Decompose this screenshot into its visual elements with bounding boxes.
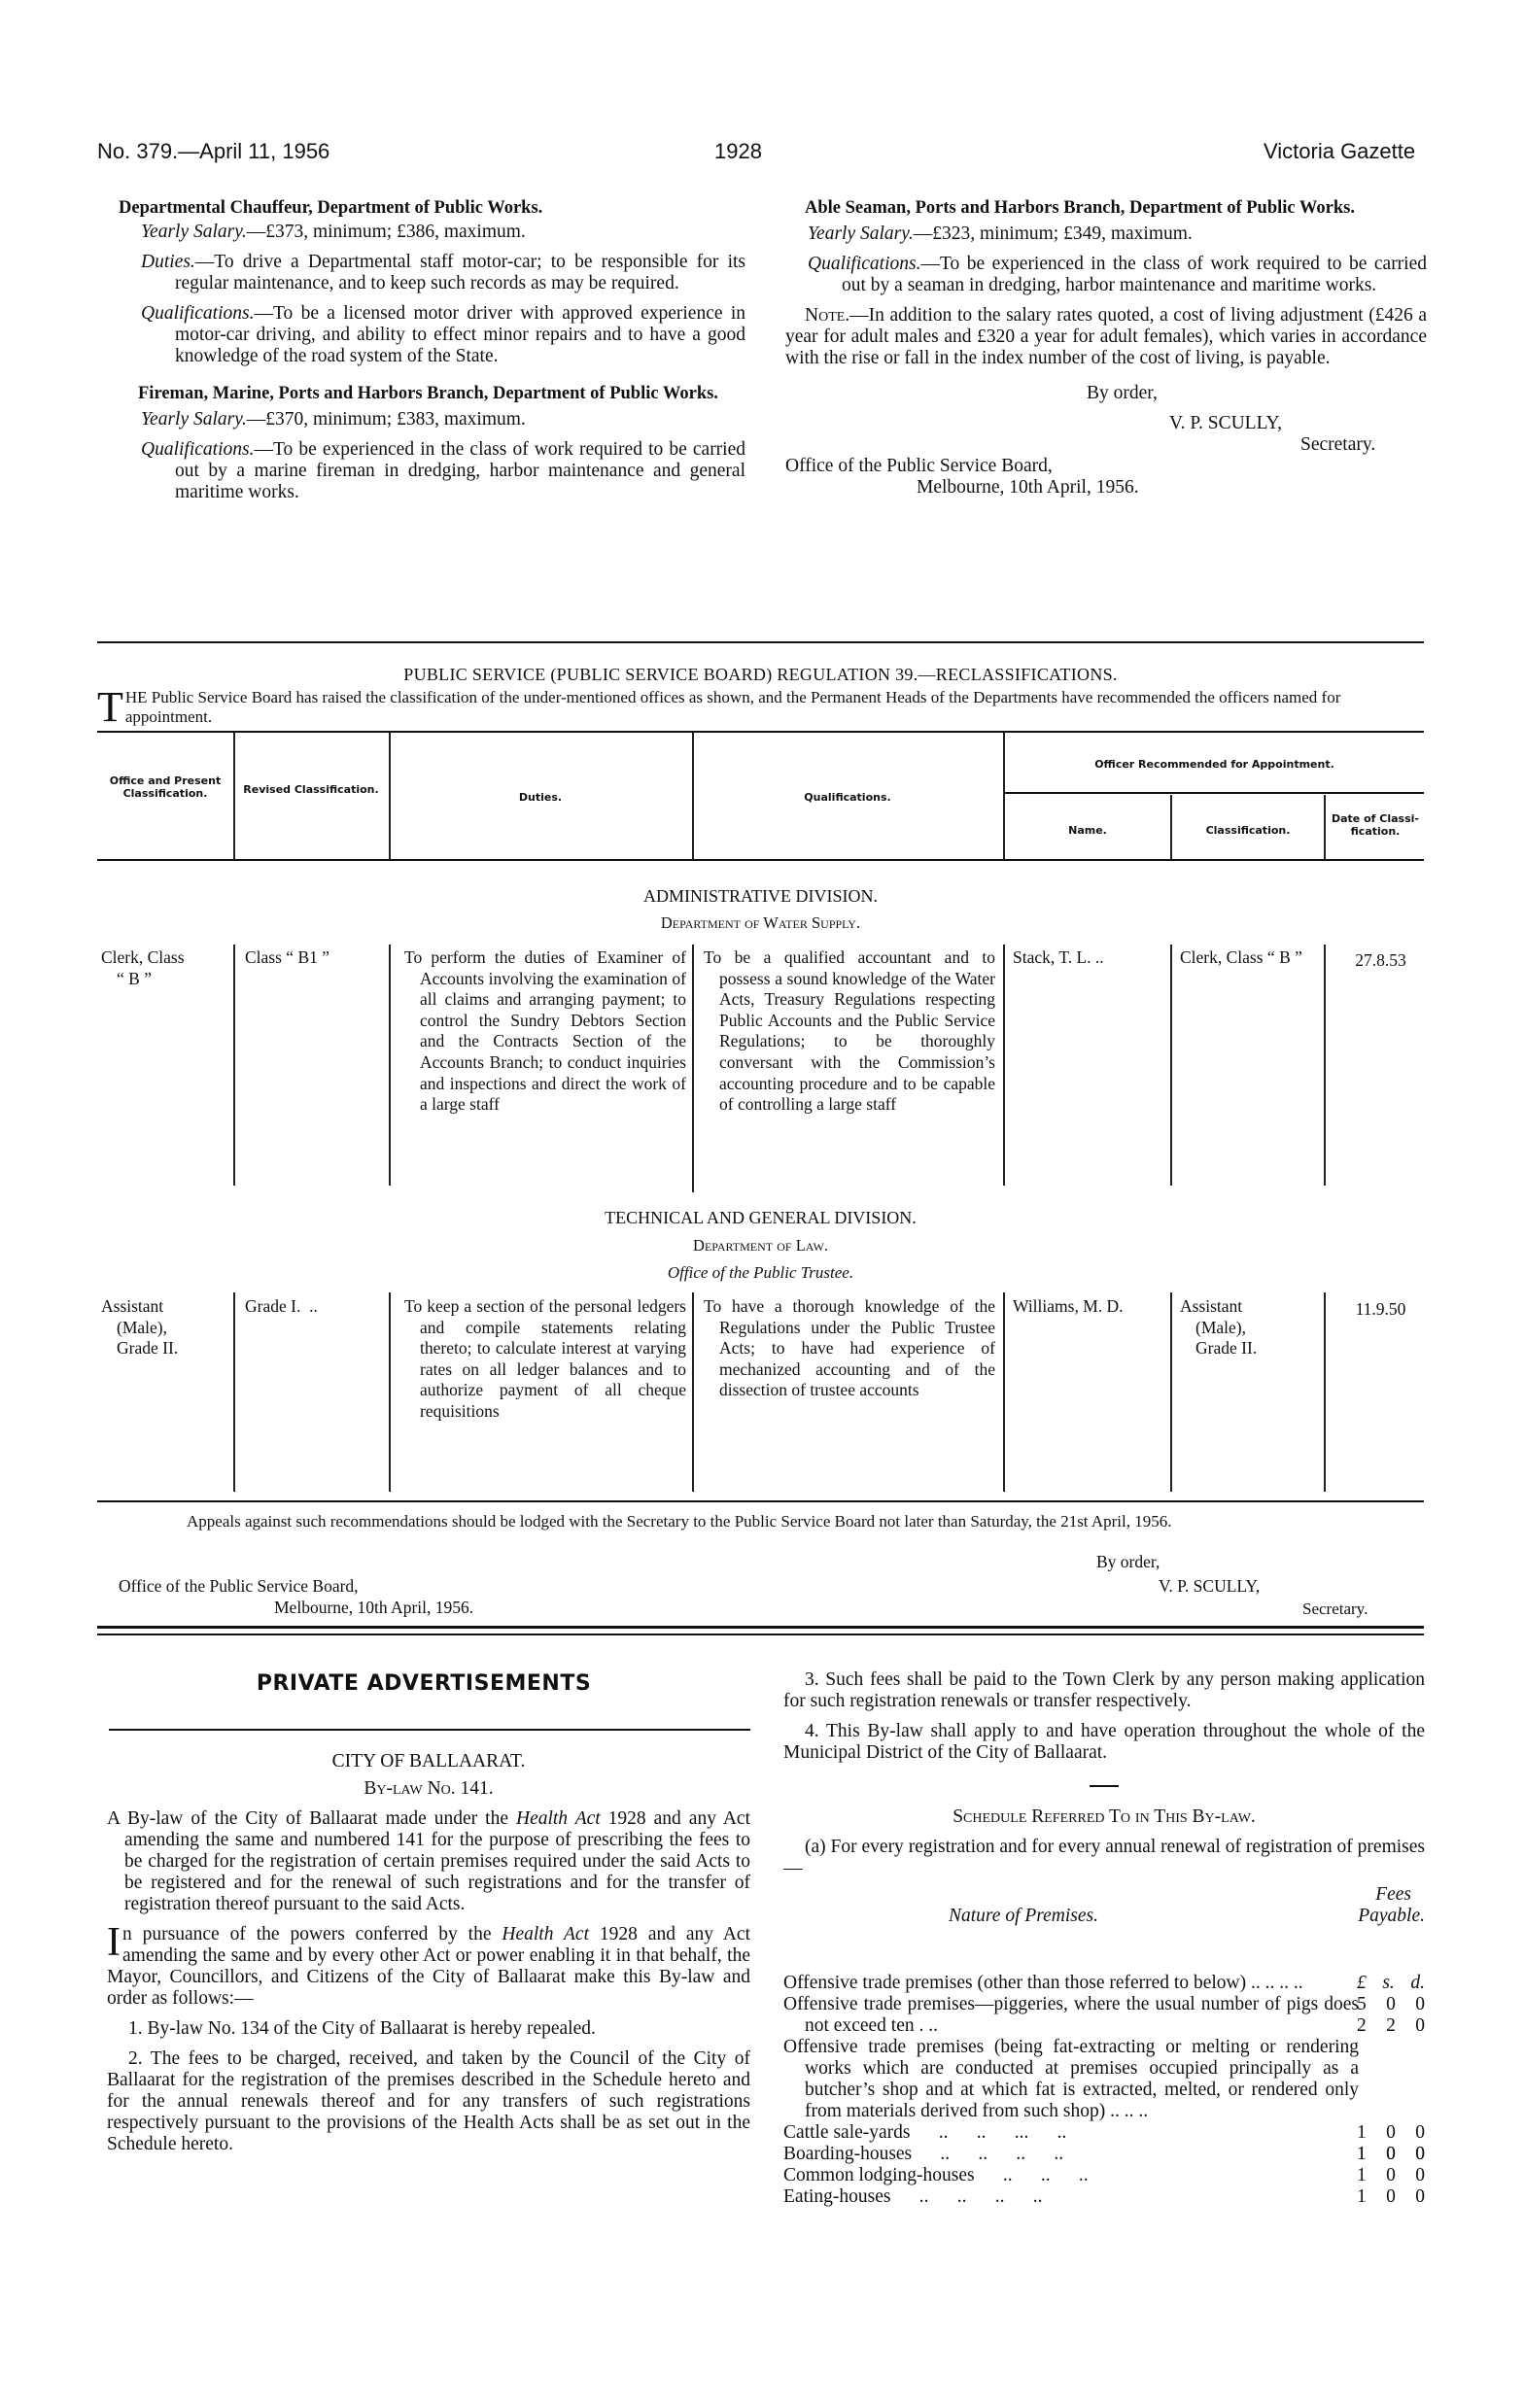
cost-of-living-note: Note.—In addition to the salary rates qu… (785, 305, 1427, 369)
table-bottom-rule (97, 1500, 1424, 1502)
schedule-subclause: (a) For every registration and for every… (783, 1837, 1425, 1879)
private-ads-heading: PRIVATE ADVERTISEMENTS (97, 1671, 750, 1696)
group-header-rule (1005, 792, 1424, 794)
table-column-divider (233, 733, 235, 859)
position-qualifications: Qualifications.—To be experienced in the… (785, 254, 1427, 296)
table-cell-classification: Clerk, Class “ B ” (1180, 947, 1316, 969)
signatory-role: Secretary. (785, 434, 1427, 456)
schedule-title: Schedule Referred To in This By-law. (783, 1806, 1425, 1828)
table-cell-duties: To keep a section of the personal ledger… (404, 1296, 686, 1423)
fees-row: Common lodging-houses .. .. .. 100 (783, 2165, 1425, 2186)
reclassifications-title: PUBLIC SERVICE (PUBLIC SERVICE BOARD) RE… (97, 665, 1424, 685)
table-cell-name: Williams, M. D. (1013, 1296, 1159, 1318)
table-column-divider (1003, 945, 1005, 1186)
table-column-divider (1324, 945, 1326, 1186)
table-column-divider (389, 945, 391, 1186)
fees-row: Offensive trade premises (being fat-extr… (783, 2037, 1425, 2122)
fees-row: Eating-houses .. .. .. .. 100 (783, 2186, 1425, 2208)
fees-row: Offensive trade premises (other than tho… (783, 1973, 1425, 1994)
issue-line: No. 379.—April 11, 1956 (97, 139, 329, 164)
office-subheading: Office of the Public Trustee. (97, 1263, 1424, 1283)
col-header-qualifications: Qualifications. (694, 791, 1001, 804)
bylaw-clause: 1. By-law No. 134 of the City of Ballaar… (107, 2018, 750, 2040)
col-header-officer-group: Officer Recommended for Appointment. (1005, 758, 1424, 771)
position-duties: Duties.—To drive a Departmental staff mo… (119, 252, 745, 294)
office-name: Office of the Public Service Board, (119, 1576, 359, 1597)
col-header-revised: Revised Classification. (235, 783, 387, 796)
table-column-divider (1324, 795, 1326, 859)
bylaw-left-column: CITY OF BALLAARAT. By-law No. 141. A By-… (107, 1751, 750, 2164)
table-column-divider (1003, 1292, 1005, 1492)
table-column-divider (692, 945, 694, 1192)
bylaw-clause: 4. This By-law shall apply to and have o… (783, 1721, 1425, 1764)
position-salary: Yearly Salary.—£370, minimum; £383, maxi… (119, 409, 745, 430)
appeals-notice: Appeals against such recommendations sho… (97, 1512, 1424, 1531)
fee-amount: 100 (1357, 2165, 1425, 2186)
table-column-divider (233, 1292, 235, 1492)
positions-left-column: Departmental Chauffeur, Department of Pu… (119, 197, 745, 512)
department-heading: Department of Water Supply. (97, 913, 1424, 933)
bylaw-preamble: A By-law of the City of Ballaarat made u… (107, 1808, 750, 1915)
col-header-classification: Classification. (1172, 824, 1324, 837)
table-column-divider (233, 945, 235, 1186)
fee-amount: 100 (1357, 2122, 1425, 2144)
section-divider (97, 641, 1424, 643)
by-order: By order, (785, 383, 1427, 404)
table-column-divider (692, 1292, 694, 1492)
table-cell-classification: Assistant (Male), Grade II. (1180, 1296, 1287, 1359)
bylaw-enacting-clause: In pursuance of the powers conferred by … (107, 1924, 750, 2010)
bylaw-number: By-law No. 141. (107, 1778, 750, 1800)
table-cell-name: Stack, T. L. .. (1013, 947, 1168, 969)
signatory-name: V. P. SCULLY, (1159, 1576, 1260, 1597)
drop-cap: I (107, 1924, 121, 1961)
bylaw-clause: 3. Such fees shall be paid to the Town C… (783, 1669, 1425, 1712)
table-column-divider (1170, 945, 1172, 1186)
table-cell-duties: To perform the duties of Examiner of Acc… (404, 947, 686, 1116)
office-name: Office of the Public Service Board, (785, 456, 1427, 477)
publication-name: Victoria Gazette (1264, 139, 1415, 164)
short-rule (1090, 1785, 1119, 1787)
schedule-header: Fees Nature of Premises. Payable. (783, 1884, 1425, 1927)
table-cell-office: Assistant (Male), Grade II. (101, 1296, 198, 1359)
table-cell-date: 27.8.53 (1339, 950, 1422, 972)
table-cell-qualifications: To have a thorough knowledge of the Regu… (704, 1296, 995, 1401)
col-header-duties: Duties. (391, 791, 690, 804)
position-title: Able Seaman, Ports and Harbors Branch, D… (785, 197, 1427, 219)
table-cell-revised: Grade I. .. (245, 1296, 386, 1318)
page-number: 1928 (714, 139, 762, 164)
table-header-rule (97, 859, 1424, 861)
table-cell-date: 11.9.50 (1339, 1299, 1422, 1321)
heading-rule (109, 1729, 750, 1731)
fee-amount: 100 (1357, 2144, 1425, 2165)
fee-amount: 100 (1357, 2186, 1425, 2208)
table-column-divider (389, 1292, 391, 1492)
position-qualifications: Qualifications.—To be experienced in the… (119, 439, 745, 503)
table-cell-qualifications: To be a qualified accountant and to poss… (704, 947, 995, 1116)
signatory-name: V. P. SCULLY, (785, 413, 1427, 434)
division-heading: TECHNICAL AND GENERAL DIVISION. (97, 1208, 1424, 1228)
signatory-role: Secretary. (1302, 1600, 1368, 1619)
fees-row: Offensive trade premises—piggeries, wher… (783, 1994, 1425, 2037)
reclassifications-intro: T HE Public Service Board has raised the… (97, 688, 1424, 727)
fee-amount: 220 (1357, 2015, 1425, 2037)
col-header-office: Office and Present Classification. (99, 774, 231, 800)
drop-cap: T (97, 688, 123, 727)
units-header: £s.d. (1357, 1973, 1425, 1994)
double-rule-bottom (97, 1634, 1424, 1635)
office-place-date: Melbourne, 10th April, 1956. (274, 1598, 473, 1618)
fees-schedule: Offensive trade premises (other than tho… (783, 1973, 1425, 2208)
table-column-divider (1170, 1292, 1172, 1492)
col-header-name: Name. (1005, 824, 1170, 837)
table-cell-revised: Class “ B1 ” (245, 947, 386, 969)
city-heading: CITY OF BALLAARAT. (107, 1751, 750, 1772)
fees-row: Cattle sale-yards .. .. ... .. 100 (783, 2122, 1425, 2144)
by-order: By order, (1096, 1552, 1160, 1572)
table-cell-office: Clerk, Class “ B ” (101, 947, 189, 989)
position-salary: Yearly Salary.—£323, minimum; £349, maxi… (785, 224, 1427, 245)
table-column-divider (1324, 1292, 1326, 1492)
positions-right-column: Able Seaman, Ports and Harbors Branch, D… (785, 197, 1427, 499)
position-title: Fireman, Marine, Ports and Harbors Branc… (99, 383, 745, 404)
position-qualifications: Qualifications.—To be a licensed motor d… (119, 303, 745, 367)
table-top-rule (97, 731, 1424, 733)
fees-row: Boarding-houses .. .. .. .. 100 (783, 2144, 1425, 2165)
col-header-date: Date of Classi-fication. (1332, 812, 1419, 838)
department-heading: Department of Law. (97, 1236, 1424, 1256)
position-title: Departmental Chauffeur, Department of Pu… (119, 197, 745, 219)
double-rule-top (97, 1626, 1424, 1629)
bylaw-clause: 2. The fees to be charged, received, and… (107, 2048, 750, 2155)
division-heading: ADMINISTRATIVE DIVISION. (97, 886, 1424, 907)
office-place-date: Melbourne, 10th April, 1956. (785, 477, 1427, 499)
position-salary: Yearly Salary.—£373, minimum; £386, maxi… (119, 222, 745, 243)
table-column-divider (1003, 733, 1005, 859)
bylaw-right-column: 3. Such fees shall be paid to the Town C… (783, 1669, 1425, 1927)
